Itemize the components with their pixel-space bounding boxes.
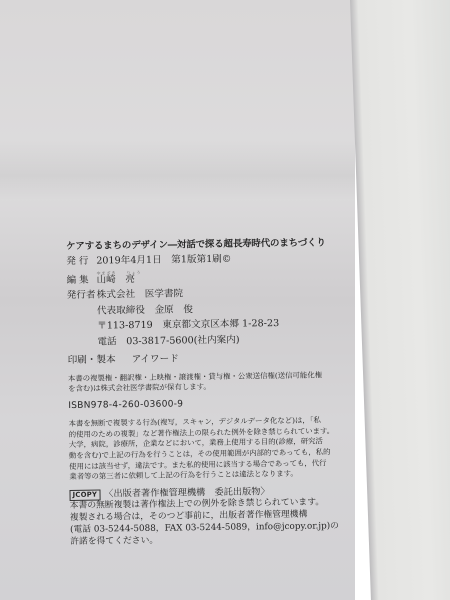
issue-value: 2019年4月1日 第1版第1刷© (96, 254, 231, 268)
copy-notice: 本書を無断で複製する行為(複写，スキャン，デジタルデータ化など)は，「私 的使用… (68, 415, 369, 484)
colophon: ケアするまちのデザイン―対話で探る超長寿時代のまちづくり 発行 2019年4月1… (66, 237, 370, 549)
address: 〒113-8719 東京都文京区本郷 1-28-23 (67, 317, 367, 334)
issue-label: 発行 (66, 256, 96, 269)
representative: 代表取締役 金原 俊 (67, 302, 367, 319)
phone: 電話 03-3817-5600(社内案内) (67, 332, 367, 349)
printing-row: 印刷・製本 アイワード (68, 351, 368, 368)
publisher-label: 発行者 (67, 290, 97, 303)
jcopy-notice: 本書の無断複製は著作権法上での例外を除き禁じられています。 複製される場合は，そ… (70, 497, 371, 549)
publisher-row: 発行者 株式会社 医学書院 (67, 286, 367, 303)
author-value: 山崎 亮 (96, 274, 135, 287)
rights-notice: 本書の複製権・翻訳権・上映権・譲渡権・貸与権・公衆送信権(送信可能化権 を含む)… (68, 369, 368, 395)
isbn: ISBN978-4-260-03600-9 (68, 397, 368, 413)
printing-value: アイワード (132, 354, 179, 367)
author-label: 編集 (66, 274, 96, 287)
printing-label: 印刷・製本 (68, 354, 132, 367)
publisher-value: 株式会社 医学書院 (97, 289, 184, 303)
jcopy-logo: JCOPY (69, 489, 100, 500)
